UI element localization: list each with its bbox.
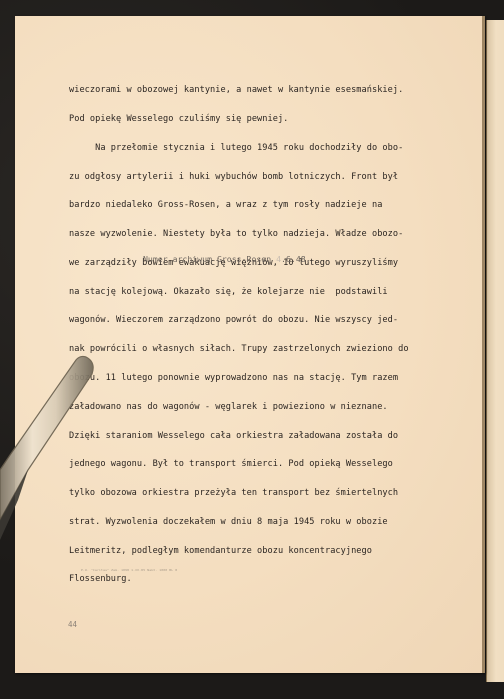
body-text: wieczorami w obozowej kantynie, a nawet …	[69, 67, 469, 604]
text-line: Pod opiekę Wesselego czuliśmy się pewnie…	[69, 115, 469, 125]
text-line: obozu. 11 lutego ponownie wyprowadzono n…	[69, 374, 469, 384]
adjacent-page-edge	[486, 20, 504, 682]
text-line: na stację kolejową. Okazało się, że kole…	[69, 288, 469, 298]
archive-note-prefix: Numer archiwum Gross-Rosen	[143, 254, 276, 264]
page-number: 44	[68, 620, 77, 629]
printer-footer-stamp: P.U. "Caritas" Zam. 1098 1.IX.85 Nakł. 1…	[81, 568, 177, 572]
text-line: jednego wagonu. Był to transport śmierci…	[69, 460, 469, 470]
text-line: załadowano nas do wagonów - węglarek i p…	[69, 403, 469, 413]
scanned-page-scene: wieczorami w obozowej kantynie, a nawet …	[0, 0, 504, 699]
text-line: Flossenburg.	[69, 575, 469, 585]
text-line: Dzięki staraniom Wesselego cała orkiestr…	[69, 432, 469, 442]
text-line: zu odgłosy artylerii i huki wybuchów bom…	[69, 173, 469, 183]
text-line: Leitmeritz, podległym komendanturze oboz…	[69, 547, 469, 557]
text-line: tylko obozowa orkiestra przeżyła ten tra…	[69, 489, 469, 499]
text-line: bardzo niedaleko Gross-Rosen, a wraz z t…	[69, 201, 469, 211]
text-line: nasze wyzwolenie. Niestety była to tylko…	[69, 230, 469, 240]
text-line: wieczorami w obozowej kantynie, a nawet …	[69, 86, 469, 96]
text-line: strat. Wyzwolenia doczekałem w dniu 8 ma…	[69, 518, 469, 528]
text-line: wagonów. Wieczorem zarządzono powrót do …	[69, 316, 469, 326]
archive-number-note: Numer archiwum Gross-Rosen 4.6.48.	[143, 254, 311, 264]
document-page: wieczorami w obozowej kantynie, a nawet …	[15, 16, 485, 673]
archive-note-suffix: .6.48.	[281, 254, 311, 264]
text-line: nak powrócili o własnych siłach. Trupy z…	[69, 345, 469, 355]
text-line: Na przełomie stycznia i lutego 1945 roku…	[69, 144, 469, 154]
